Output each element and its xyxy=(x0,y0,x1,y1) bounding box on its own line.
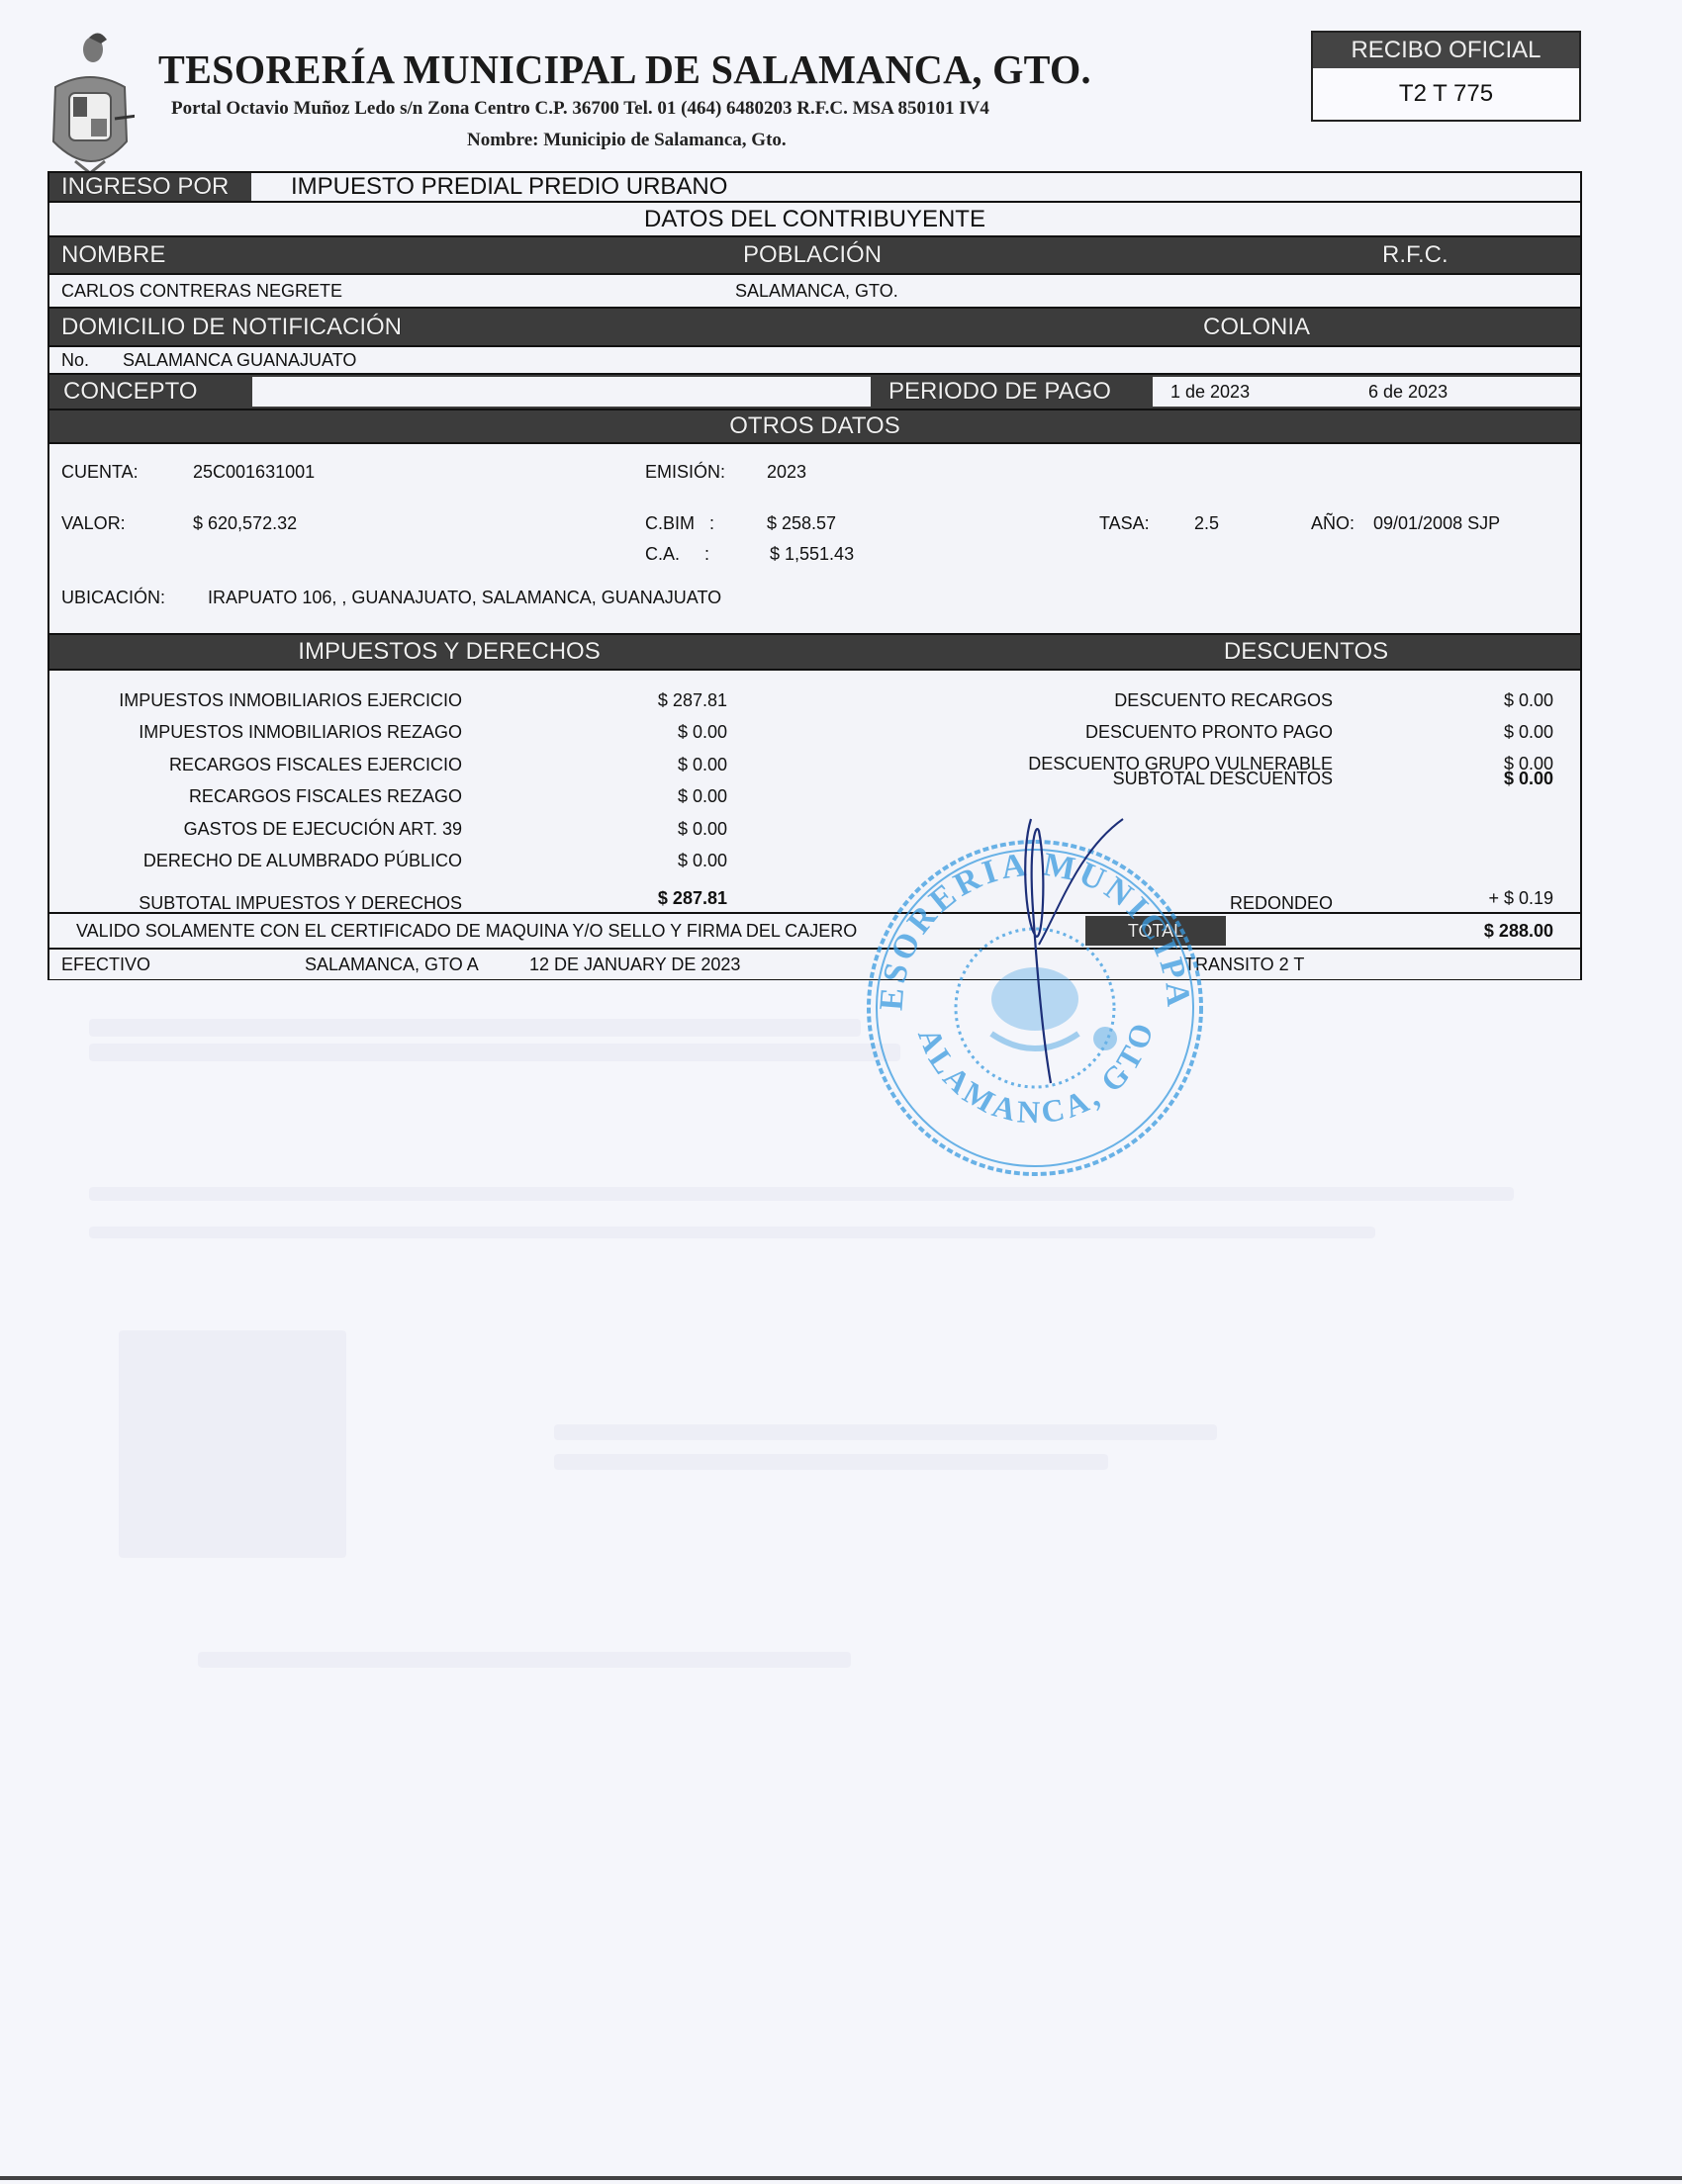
total-value: $ 288.00 xyxy=(1415,914,1553,948)
impuesto-item-amount: $ 287.81 xyxy=(604,688,727,712)
domicilio-value: SALAMANCA GUANAJUATO xyxy=(123,347,356,373)
impuestos-descuentos-header: IMPUESTOS Y DERECHOS DESCUENTOS xyxy=(49,635,1580,671)
ingreso-value: IMPUESTO PREDIAL PREDIO URBANO xyxy=(291,173,727,201)
cashier-signature xyxy=(999,811,1148,1098)
nombre-values-row: CARLOS CONTRERAS NEGRETE SALAMANCA, GTO. xyxy=(49,275,1580,309)
concepto-row: CONCEPTO PERIODO DE PAGO 1 de 2023 6 de … xyxy=(49,375,1580,410)
colonia-label: COLONIA xyxy=(1203,309,1310,345)
impuesto-item-amount: $ 0.00 xyxy=(604,817,727,841)
scan-artifact xyxy=(89,1227,1375,1238)
ca-label: C.A. : xyxy=(645,544,709,565)
impuesto-item-amount: $ 0.00 xyxy=(604,721,727,745)
scan-artifact xyxy=(89,1044,900,1061)
impuesto-item-amount: $ 0.00 xyxy=(604,785,727,809)
subtotal-descuentos-label: SUBTOTAL DESCUENTOS xyxy=(940,767,1333,790)
impuesto-item-amount: $ 0.00 xyxy=(604,753,727,776)
scan-artifact xyxy=(119,1330,346,1558)
emision-value: 2023 xyxy=(767,462,806,483)
official-receipt-label: RECIBO OFICIAL xyxy=(1313,33,1579,68)
ubicacion-value: IRAPUATO 106, , GUANAJUATO, SALAMANCA, G… xyxy=(208,588,721,608)
rfc-label: R.F.C. xyxy=(1382,237,1448,273)
cbim-value: $ 258.57 xyxy=(767,513,836,534)
anio-value: 09/01/2008 SJP xyxy=(1373,513,1500,534)
impuestos-descuentos-body: IMPUESTOS INMOBILIARIOS EJERCICIO$ 287.8… xyxy=(49,671,1580,914)
domicilio-header-row: DOMICILIO DE NOTIFICACIÓN COLONIA xyxy=(49,309,1580,347)
otros-body: CUENTA: 25C001631001 EMISIÓN: 2023 VALOR… xyxy=(49,444,1580,635)
no-label: No. xyxy=(61,347,89,373)
treasury-name: Nombre: Municipio de Salamanca, Gto. xyxy=(467,130,787,151)
poblacion-value: SALAMANCA, GTO. xyxy=(735,275,898,307)
cuenta-value: 25C001631001 xyxy=(193,462,315,483)
periodo-desde: 1 de 2023 xyxy=(1170,382,1250,403)
impuesto-item-label: IMPUESTOS INMOBILIARIOS REZAGO xyxy=(49,721,462,745)
scan-artifact xyxy=(89,1019,861,1037)
periodo-field: 1 de 2023 6 de 2023 xyxy=(1153,377,1580,407)
fecha: 12 DE JANUARY DE 2023 xyxy=(529,950,740,979)
forma-pago: EFECTIVO xyxy=(61,950,150,979)
emision-label: EMISIÓN: xyxy=(645,462,725,483)
concepto-value xyxy=(252,377,871,407)
nombre-header-row: NOMBRE POBLACIÓN R.F.C. xyxy=(49,237,1580,275)
contribuyente-title: DATOS DEL CONTRIBUYENTE xyxy=(49,203,1580,235)
impuesto-item-label: IMPUESTOS INMOBILIARIOS EJERCICIO xyxy=(49,688,462,712)
domicilio-values-row: No. SALAMANCA GUANAJUATO xyxy=(49,347,1580,375)
payment-row: EFECTIVO SALAMANCA, GTO A 12 DE JANUARY … xyxy=(49,950,1580,979)
impuesto-item-label: RECARGOS FISCALES EJERCICIO xyxy=(49,753,462,776)
otros-title: OTROS DATOS xyxy=(49,410,1580,442)
impuesto-item-label: DERECHO DE ALUMBRADO PÚBLICO xyxy=(49,850,462,873)
impuesto-item-label: RECARGOS FISCALES REZAGO xyxy=(49,785,462,809)
receipt-table: INGRESO POR IMPUESTO PREDIAL PREDIO URBA… xyxy=(47,171,1582,980)
descuento-item-amount: $ 0.00 xyxy=(1415,688,1553,712)
receipt-number: T2 T 775 xyxy=(1313,68,1579,120)
periodo-label: PERIODO DE PAGO xyxy=(888,375,1111,409)
descuento-item-amount: $ 0.00 xyxy=(1415,720,1553,744)
subtotal-descuentos-value: $ 0.00 xyxy=(1415,767,1553,790)
periodo-hasta: 6 de 2023 xyxy=(1368,382,1448,403)
scan-artifact xyxy=(198,1652,851,1668)
valor-label: VALOR: xyxy=(61,513,126,534)
concepto-label: CONCEPTO xyxy=(63,375,198,409)
cuenta-label: CUENTA: xyxy=(61,462,139,483)
anio-label: AÑO: xyxy=(1311,513,1355,534)
scan-artifact xyxy=(554,1424,1217,1440)
municipal-coat-of-arms-icon xyxy=(46,28,135,176)
poblacion-label: POBLACIÓN xyxy=(743,237,882,273)
validez-note: VALIDO SOLAMENTE CON EL CERTIFICADO DE M… xyxy=(76,914,857,948)
contribuyente-section: DATOS DEL CONTRIBUYENTE xyxy=(49,203,1580,237)
impuestos-title: IMPUESTOS Y DERECHOS xyxy=(49,635,849,669)
descuento-item-label: DESCUENTO RECARGOS xyxy=(940,688,1333,712)
tasa-label: TASA: xyxy=(1099,513,1150,534)
official-receipt-box: RECIBO OFICIAL T2 T 775 xyxy=(1311,31,1581,122)
descuentos-title: DESCUENTOS xyxy=(1138,635,1474,669)
treasury-address: Portal Octavio Muñoz Ledo s/n Zona Centr… xyxy=(171,98,989,120)
subtotal-impuestos-value: $ 287.81 xyxy=(604,886,727,910)
impuesto-item-amount: $ 0.00 xyxy=(604,850,727,873)
subtotal-impuestos-label: SUBTOTAL IMPUESTOS Y DERECHOS xyxy=(49,891,462,915)
treasury-title: TESORERÍA MUNICIPAL DE SALAMANCA, GTO. xyxy=(158,45,1091,93)
scan-artifact xyxy=(89,1187,1514,1201)
nombre-label: NOMBRE xyxy=(61,237,165,273)
descuento-item-label: DESCUENTO PRONTO PAGO xyxy=(940,720,1333,744)
total-row: VALIDO SOLAMENTE CON EL CERTIFICADO DE M… xyxy=(49,914,1580,950)
ingreso-row: INGRESO POR IMPUESTO PREDIAL PREDIO URBA… xyxy=(49,173,1580,203)
redondeo-value: + $ 0.19 xyxy=(1415,886,1553,910)
lugar: SALAMANCA, GTO A xyxy=(305,950,479,979)
scan-artifact xyxy=(554,1454,1108,1470)
impuesto-item-label: GASTOS DE EJECUCIÓN ART. 39 xyxy=(49,817,462,841)
cbim-label: C.BIM : xyxy=(645,513,714,534)
valor-value: $ 620,572.32 xyxy=(193,513,297,534)
ca-value: $ 1,551.43 xyxy=(770,544,854,565)
nombre-value: CARLOS CONTRERAS NEGRETE xyxy=(61,275,342,307)
otros-header-row: OTROS DATOS xyxy=(49,410,1580,444)
scan-edge-line xyxy=(0,2176,1682,2180)
ubicacion-label: UBICACIÓN: xyxy=(61,588,165,608)
ingreso-label: INGRESO POR xyxy=(49,173,251,201)
domicilio-label: DOMICILIO DE NOTIFICACIÓN xyxy=(61,309,402,345)
tasa-value: 2.5 xyxy=(1194,513,1219,534)
